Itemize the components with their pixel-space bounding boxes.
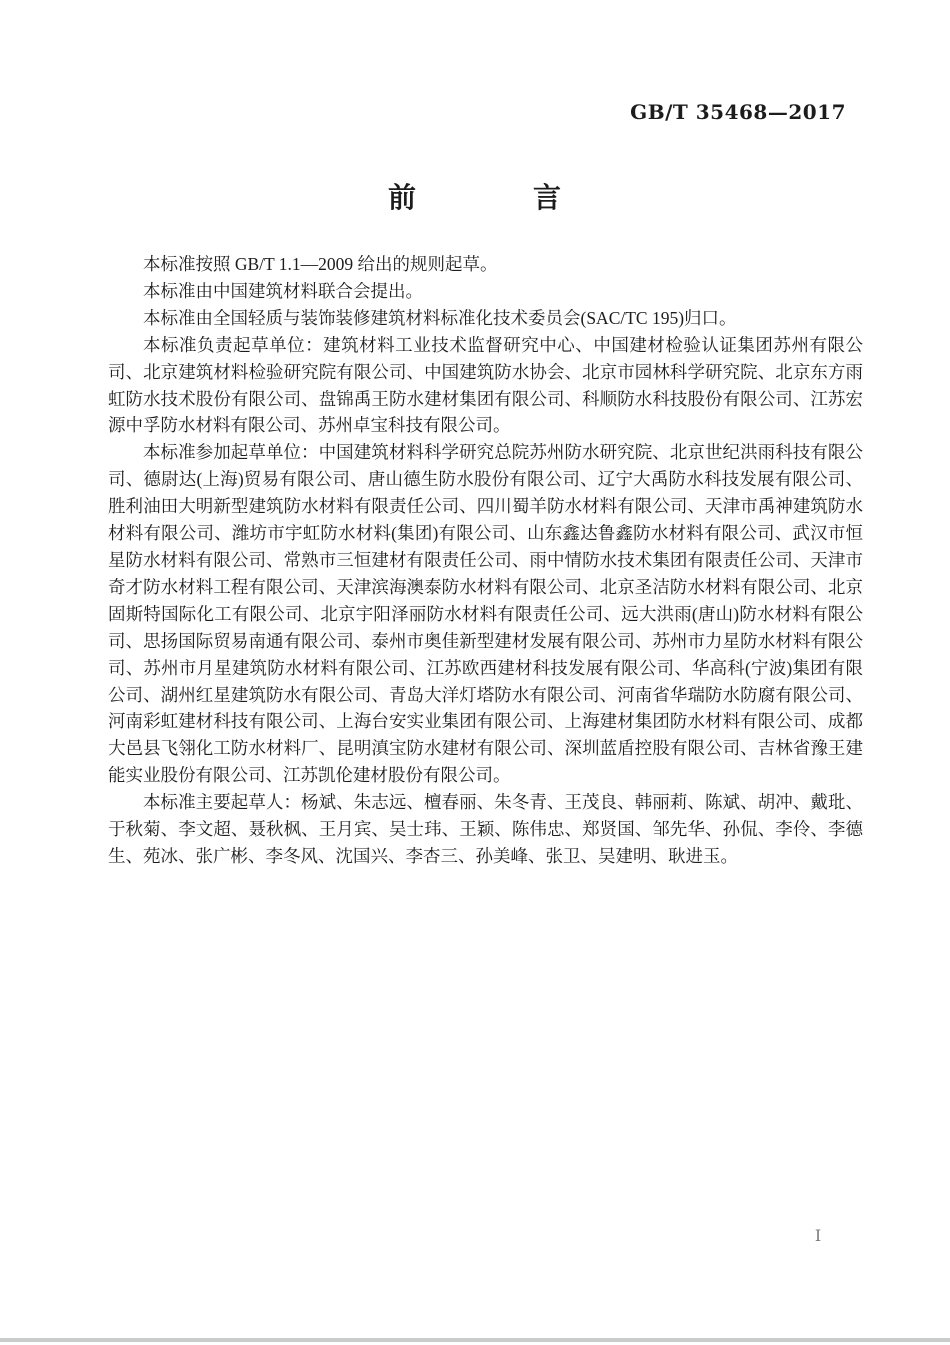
- paragraph-proposed-by: 本标准由中国建筑材料联合会提出。: [108, 278, 863, 305]
- paragraph-main-drafters: 本标准主要起草人：杨斌、朱志远、檀春丽、朱冬青、王茂良、韩丽莉、陈斌、胡冲、戴玭…: [108, 789, 863, 870]
- page-title: 前 言: [0, 176, 950, 216]
- paragraph-committee: 本标准由全国轻质与装饰装修建筑材料标准化技术委员会(SAC/TC 195)归口。: [108, 305, 863, 332]
- page-number: Ⅰ: [800, 1226, 836, 1245]
- document-page: GB/T 35468—2017 前 言 本标准按照 GB/T 1.1—2009 …: [0, 0, 950, 1345]
- scan-edge-line: [0, 1338, 950, 1342]
- paragraph-participating-units: 本标准参加起草单位：中国建筑材料科学研究总院苏州防水研究院、北京世纪洪雨科技有限…: [108, 439, 863, 789]
- paragraph-drafting-rule: 本标准按照 GB/T 1.1—2009 给出的规则起草。: [108, 251, 863, 278]
- paragraph-responsible-units: 本标准负责起草单位：建筑材料工业技术监督研究中心、中国建材检验认证集团苏州有限公…: [108, 332, 863, 440]
- foreword-body: 本标准按照 GB/T 1.1—2009 给出的规则起草。 本标准由中国建筑材料联…: [108, 251, 863, 870]
- standard-code: GB/T 35468—2017: [630, 100, 846, 124]
